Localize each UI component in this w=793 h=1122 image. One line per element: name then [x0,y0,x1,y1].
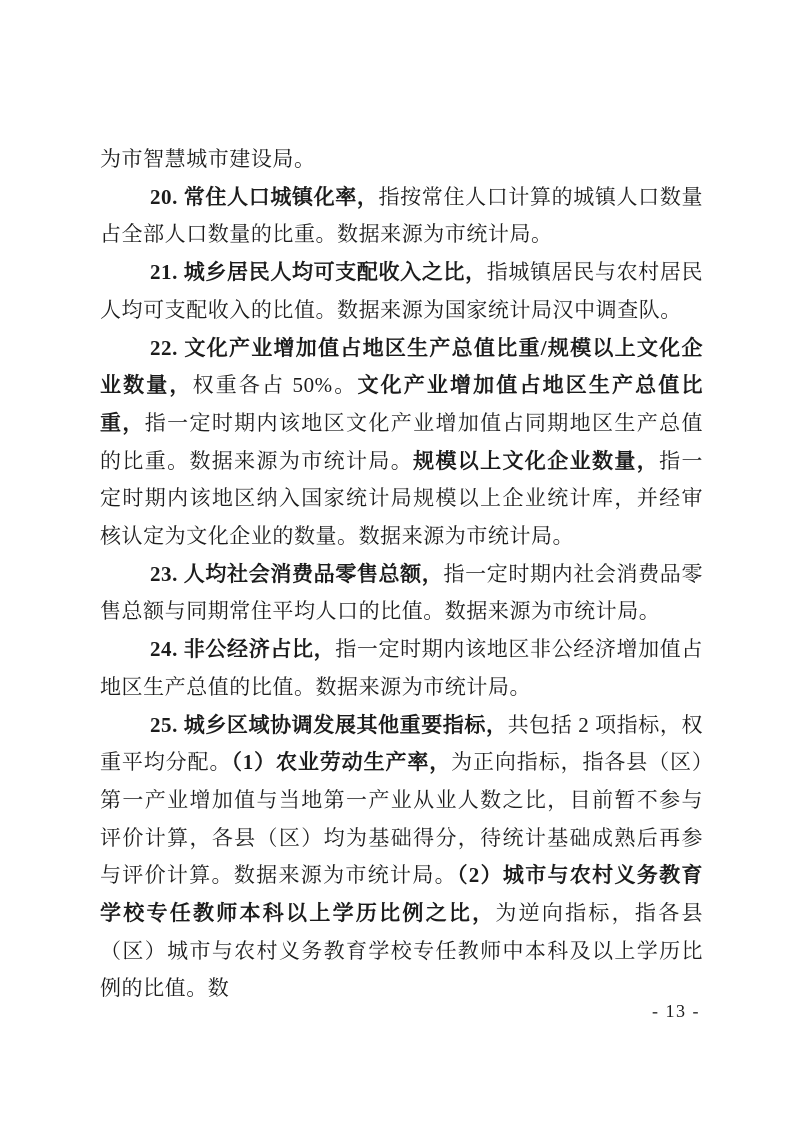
bold-text-run: 24. 非公经济占比， [150,637,335,661]
document-page: 为市智慧城市建设局。20. 常住人口城镇化率，指按常住人口计算的城镇人口数量占全… [0,0,793,1122]
bold-text-run: 20. 常住人口城镇化率， [150,185,379,209]
document-body: 为市智慧城市建设局。20. 常住人口城镇化率，指按常住人口计算的城镇人口数量占全… [100,141,703,1008]
item-24: 24. 非公经济占比，指一定时期内该地区非公经济增加值占地区生产总值的比值。数据… [100,631,703,706]
item-22: 22. 文化产业增加值占地区生产总值比重/规模以上文化企业数量，权重各占 50%… [100,330,703,556]
page-number: - 13 - [652,1001,700,1022]
item-25: 25. 城乡区域协调发展其他重要指标，共包括 2 项指标，权重平均分配。（1）农… [100,707,703,1009]
text-run: 为市智慧城市建设局。 [100,147,316,171]
bold-text-run: 21. 城乡居民人均可支配收入之比， [150,260,487,284]
bold-text-run: 规模以上文化企业数量， [413,449,659,473]
intro-continuation: 为市智慧城市建设局。 [100,141,703,179]
bold-text-run: 23. 人均社会消费品零售总额， [150,562,443,586]
item-21: 21. 城乡居民人均可支配收入之比，指城镇居民与农村居民人均可支配收入的比值。数… [100,254,703,329]
item-23: 23. 人均社会消费品零售总额，指一定时期内社会消费品零售总额与同期常住平均人口… [100,556,703,631]
bold-text-run: 25. 城乡区域协调发展其他重要指标， [150,713,508,737]
text-run: 权重各占 50%。 [193,373,358,397]
item-20: 20. 常住人口城镇化率，指按常住人口计算的城镇人口数量占全部人口数量的比重。数… [100,179,703,254]
bold-text-run: （1）农业劳动生产率， [231,750,451,774]
